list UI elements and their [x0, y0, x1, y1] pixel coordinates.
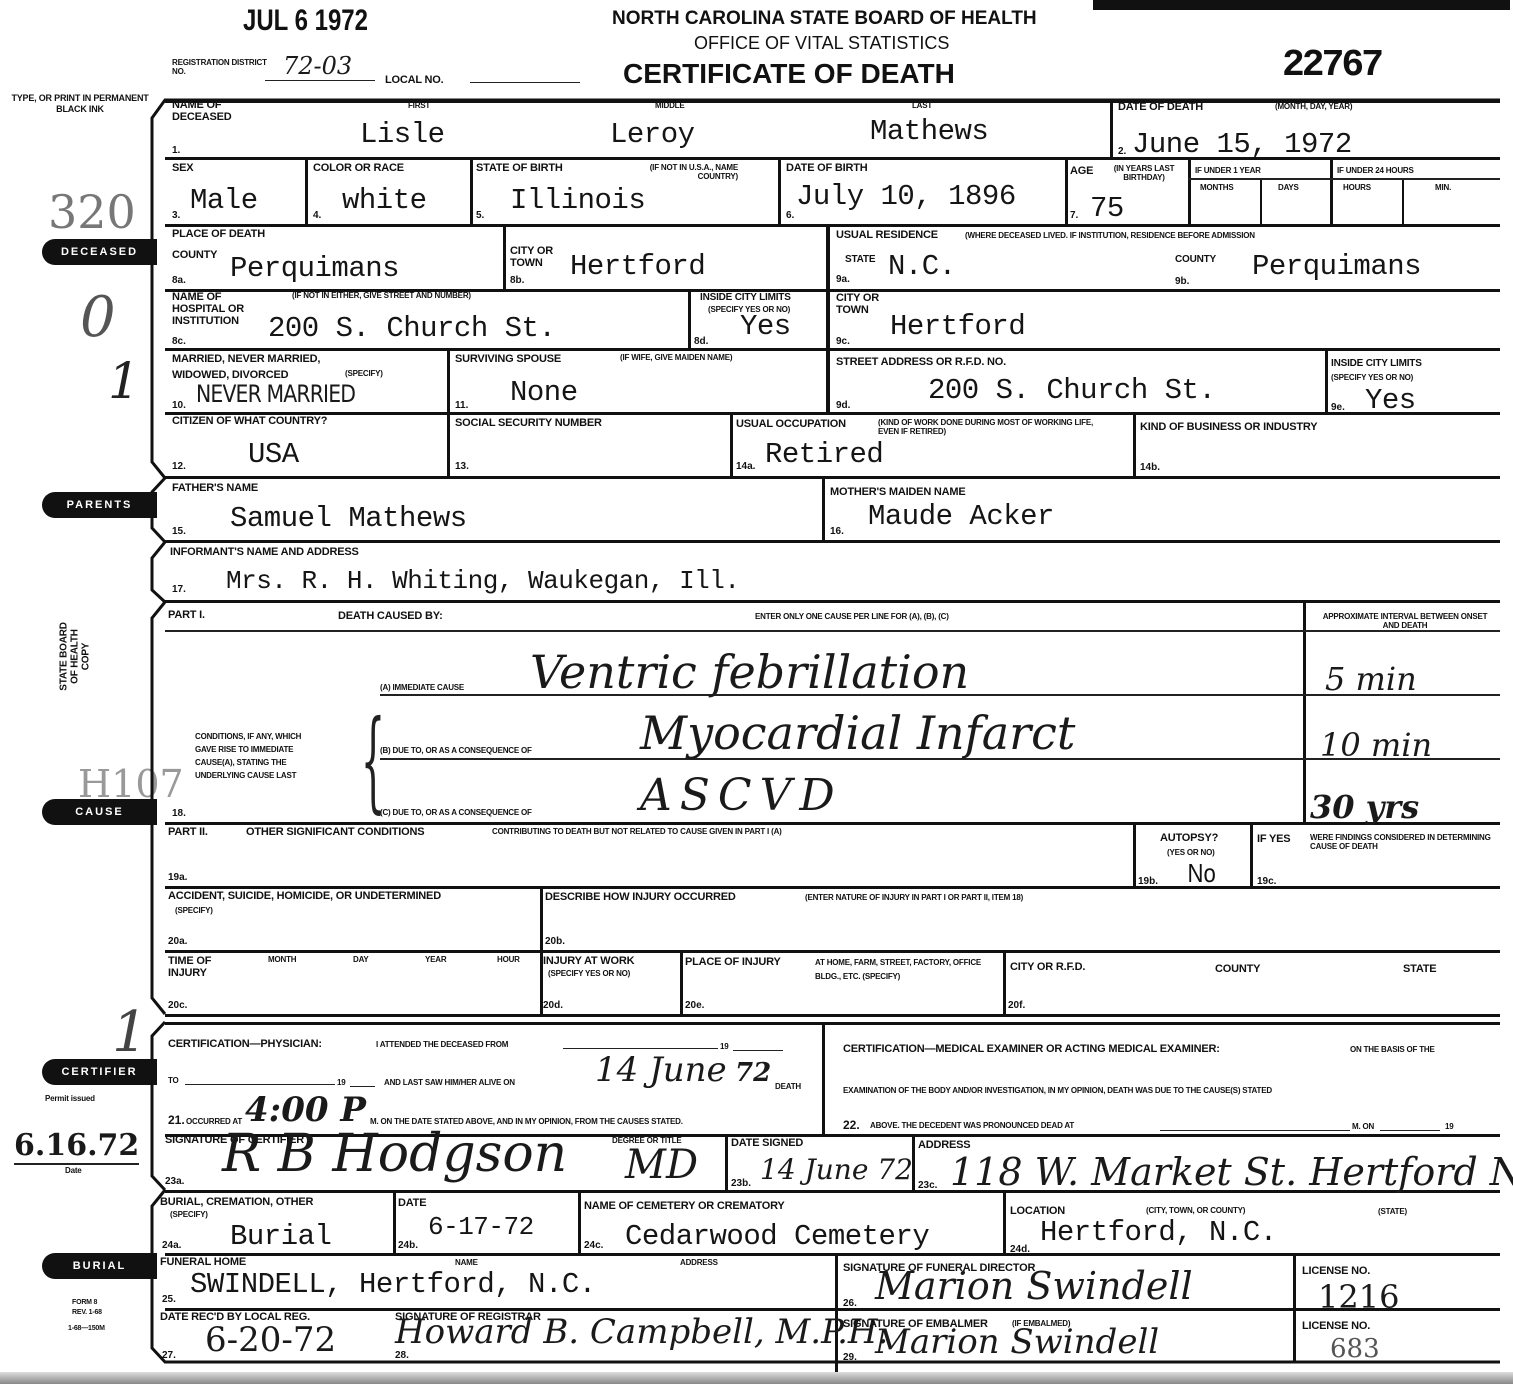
item-number: 25.: [162, 1294, 176, 1305]
cemetery-location-value[interactable]: Hertford, N.C.: [1040, 1216, 1277, 1249]
disposition-hint: (SPECIFY): [170, 1210, 208, 1219]
embalmer-license-label: LICENSE NO.: [1302, 1320, 1370, 1332]
last-name-caption: LAST: [912, 101, 932, 110]
cemetery-label: NAME OF CEMETERY OR CREMATORY: [584, 1200, 785, 1212]
injury-state-label: STATE: [1403, 963, 1436, 975]
to-text: TO: [168, 1076, 179, 1085]
burial-date-label: DATE: [398, 1197, 426, 1209]
race-value[interactable]: white: [342, 184, 427, 217]
father-name-label: FATHER'S NAME: [172, 482, 258, 494]
injury-description-label: DESCRIBE HOW INJURY OCCURRED: [545, 891, 736, 903]
last-name-value[interactable]: Mathews: [870, 115, 988, 148]
item-number: 9e.: [1331, 402, 1345, 413]
medical-examiner-text-3: ABOVE. THE DECEDENT WAS PRONOUNCED DEAD …: [870, 1121, 1074, 1130]
item-number: 20b.: [545, 936, 565, 947]
item-number: 20c.: [168, 1000, 187, 1011]
pronounced-dead-time-field[interactable]: [1160, 1130, 1350, 1131]
mother-name-label: MOTHER'S MAIDEN NAME: [830, 486, 966, 498]
first-name-caption: FIRST: [408, 101, 430, 110]
item-number: 20d.: [543, 1000, 563, 1011]
interval-label: APPROXIMATE INTERVAL BETWEEN ONSET AND D…: [1320, 612, 1490, 630]
cause-c-label: (c) DUE TO, OR AS A CONSEQUENCE OF: [380, 808, 532, 817]
m-on-text: M. ON: [1352, 1122, 1374, 1131]
director-license-value[interactable]: 1216: [1318, 1278, 1399, 1316]
hospital-hint: (IF NOT IN EITHER, GIVE STREET AND NUMBE…: [292, 291, 471, 300]
item-number: 21.: [168, 1113, 185, 1127]
part-2-label: PART II.: [168, 826, 208, 838]
conditions-label: CONDITIONS, IF ANY, WHICH GAVE RISE TO I…: [195, 730, 320, 782]
death-caused-by-label: DEATH CAUSED BY:: [338, 610, 443, 622]
injury-hour-label: HOUR: [497, 955, 520, 964]
item-number: 12.: [172, 461, 186, 472]
business-label: KIND OF BUSINESS OR INDUSTRY: [1140, 421, 1317, 433]
cemetery-state-hint: (STATE): [1378, 1207, 1407, 1216]
birth-state-value[interactable]: Illinois: [510, 184, 645, 217]
cause-c-interval[interactable]: 30 yrs: [1310, 788, 1419, 826]
injury-at-work-hint: (SPECIFY YES OR NO): [548, 969, 630, 978]
surviving-spouse-hint: (IF WIFE, GIVE MAIDEN NAME): [620, 353, 732, 362]
autopsy-hint: (YES OR NO): [1167, 848, 1215, 857]
item-number: 8a.: [172, 275, 186, 286]
date-of-death-hint: (MONTH, DAY, YEAR): [1275, 102, 1352, 111]
item-number: 10.: [172, 400, 186, 411]
item-number: 9a.: [836, 274, 850, 285]
burial-date-value[interactable]: 6-17-72: [428, 1212, 534, 1242]
item-number: 23a.: [165, 1176, 184, 1187]
cause-b-interval[interactable]: 10 min: [1320, 726, 1432, 764]
item-number: 17.: [172, 584, 186, 595]
cause-a-value[interactable]: Ventric febrillation: [530, 645, 969, 699]
date-of-death-value[interactable]: June 15, 1972: [1132, 128, 1352, 161]
surviving-spouse-value[interactable]: None: [510, 376, 578, 409]
cause-a-interval[interactable]: 5 min: [1325, 660, 1417, 698]
last-saw-alive-text: AND LAST SAW HIM/HER ALIVE ON: [384, 1078, 515, 1087]
sex-label: SEX: [172, 162, 193, 174]
death-text: DEATH: [775, 1082, 801, 1091]
item-number: 14a.: [736, 461, 755, 472]
autopsy-value[interactable]: No: [1187, 858, 1215, 889]
injury-city-label: CITY OR R.F.D.: [1010, 961, 1085, 973]
accident-label: ACCIDENT, SUICIDE, HOMICIDE, OR UNDETERM…: [168, 890, 441, 902]
middle-name-caption: MIDDLE: [655, 101, 684, 110]
item-number: 7.: [1070, 210, 1078, 221]
place-of-death-label: PLACE OF DEATH: [172, 228, 265, 240]
item-number: 9b.: [1175, 276, 1189, 287]
date-signed-label: DATE SIGNED: [731, 1137, 803, 1149]
year-prefix: 19: [1445, 1122, 1454, 1131]
cause-instruction: ENTER ONLY ONE CAUSE PER LINE FOR (a), (…: [755, 612, 949, 621]
age-hint: (IN YEARS LAST BIRTHDAY): [1102, 164, 1186, 182]
injury-month-label: MONTH: [268, 955, 296, 964]
funeral-home-value[interactable]: SWINDELL, Hertford, N.C.: [190, 1268, 596, 1301]
director-license-label: LICENSE NO.: [1302, 1265, 1370, 1277]
surviving-spouse-label: SURVIVING SPOUSE: [455, 353, 561, 365]
item-number: 20a.: [168, 936, 187, 947]
minutes-label: MIN.: [1435, 183, 1451, 192]
item-number: 8b.: [510, 275, 524, 286]
residence-inside-limits-hint: (SPECIFY YES OR NO): [1331, 373, 1413, 382]
item-number: 24b.: [398, 1240, 418, 1251]
item-number: 15.: [172, 526, 186, 537]
cause-b-label: (b) DUE TO, OR AS A CONSEQUENCE OF: [380, 746, 532, 755]
last-saw-alive-value[interactable]: 14 June: [595, 1050, 727, 1090]
marital-status-hint: (SPECIFY): [345, 369, 383, 378]
medical-examiner-text-1: ON THE BASIS OF THE: [1350, 1045, 1435, 1054]
embalmer-signature[interactable]: Marion Swindell: [875, 1322, 1159, 1362]
item-number: 24c.: [584, 1240, 603, 1251]
item-number: 20e.: [685, 1000, 704, 1011]
pronounced-dead-date-field[interactable]: [1380, 1130, 1440, 1131]
time-of-injury-label: TIME OF INJURY: [168, 955, 238, 979]
marital-status-label: MARRIED, NEVER MARRIED, WIDOWED, DIVORCE…: [172, 351, 362, 383]
days-label: DAYS: [1278, 183, 1299, 192]
accident-hint: (SPECIFY): [175, 906, 213, 915]
funeral-director-signature[interactable]: Marion Swindell: [875, 1264, 1193, 1308]
item-number: 19b.: [1138, 876, 1158, 887]
physician-certification-label: CERTIFICATION—PHYSICIAN:: [168, 1038, 322, 1050]
citizen-value[interactable]: USA: [248, 438, 299, 471]
ssn-label: SOCIAL SECURITY NUMBER: [455, 417, 602, 429]
age-value[interactable]: 75: [1090, 192, 1124, 225]
item-number: 19c.: [1257, 876, 1276, 887]
under-24-hours-label: IF UNDER 24 HOURS: [1337, 166, 1414, 175]
date-of-death-label: DATE OF DEATH: [1118, 101, 1203, 113]
autopsy-label: AUTOPSY?: [1160, 832, 1218, 844]
item-number: 18.: [172, 808, 186, 819]
item-number: 13.: [455, 461, 469, 472]
item-number: 14b.: [1140, 462, 1160, 473]
name-label: NAME OF DECEASED: [172, 99, 252, 123]
other-conditions-hint: CONTRIBUTING TO DEATH BUT NOT RELATED TO…: [492, 827, 782, 836]
disposition-value[interactable]: Burial: [230, 1220, 331, 1253]
item-number: 2.: [1118, 146, 1126, 157]
marital-status-value[interactable]: NEVER MARRIED: [196, 380, 355, 408]
residence-county-label: COUNTY: [1175, 255, 1216, 264]
item-number: 20f.: [1008, 1000, 1025, 1011]
occupation-hint: (KIND OF WORK DONE DURING MOST OF WORKIN…: [736, 418, 1096, 436]
residence-inside-limits-label: INSIDE CITY LIMITS: [1331, 358, 1422, 370]
dob-label: DATE OF BIRTH: [786, 162, 868, 174]
residence-street-value[interactable]: 200 S. Church St.: [928, 374, 1215, 407]
item-number: 9d.: [836, 400, 850, 411]
registrar-signature[interactable]: Howard B. Campbell, M.P.H.: [395, 1312, 888, 1352]
citizen-label: CITIZEN OF WHAT COUNTRY?: [172, 415, 327, 427]
date-received-value[interactable]: 6-20-72: [205, 1320, 336, 1360]
county-label: COUNTY: [172, 249, 217, 261]
item-number: 22.: [843, 1118, 860, 1132]
injury-description-hint: (ENTER NATURE OF INJURY IN PART I OR PAR…: [805, 893, 1023, 902]
residence-inside-limits-value[interactable]: Yes: [1365, 384, 1416, 417]
race-label: COLOR OR RACE: [313, 162, 404, 174]
occupation-value[interactable]: Retired: [765, 438, 883, 471]
age-label: AGE: [1070, 165, 1093, 177]
attended-from-text: I ATTENDED THE DECEASED FROM: [376, 1040, 508, 1049]
year-prefix: 19: [337, 1078, 346, 1087]
cemetery-value[interactable]: Cedarwood Cemetery: [625, 1220, 929, 1253]
item-number: 26.: [843, 1298, 857, 1309]
residence-state-label: STATE: [845, 255, 875, 264]
injury-at-work-label: INJURY AT WORK: [543, 955, 634, 967]
residence-city-label: CITY OR TOWN: [836, 292, 886, 316]
inside-limits-label: INSIDE CITY LIMITS: [700, 292, 791, 304]
hours-label: HOURS: [1343, 183, 1371, 192]
residence-street-label: STREET ADDRESS OR R.F.D. No.: [836, 356, 1006, 368]
part-1-label: PART I.: [168, 609, 205, 621]
father-name-value[interactable]: Samuel Mathews: [230, 502, 467, 535]
residence-label: USUAL RESIDENCE: [836, 229, 938, 241]
cemetery-location-hint: (CITY, TOWN, OR COUNTY): [1146, 1206, 1245, 1215]
item-number: 23b.: [731, 1178, 751, 1189]
bracket-icon: {: [361, 705, 386, 815]
residence-state-value[interactable]: N.C.: [888, 250, 956, 283]
dob-value[interactable]: July 10, 1896: [796, 180, 1016, 213]
mother-name-value[interactable]: Maude Acker: [868, 500, 1054, 533]
certifier-signature[interactable]: R B Hodgson: [222, 1124, 567, 1184]
item-number: 24d.: [1010, 1244, 1030, 1255]
cause-c-value[interactable]: ASCVD: [640, 770, 843, 821]
hospital-value[interactable]: 200 S. Church St.: [268, 312, 555, 345]
item-number: 11.: [455, 400, 468, 411]
item-number: 16.: [830, 526, 844, 537]
last-saw-alive-year[interactable]: 72: [735, 1058, 771, 1088]
birth-state-hint: (IF NOT IN U.S.A., NAME COUNTRY): [608, 163, 738, 181]
months-label: MONTHS: [1200, 183, 1233, 192]
injury-year-label: YEAR: [425, 955, 446, 964]
item-number: 23c.: [918, 1180, 937, 1191]
residence-county-value[interactable]: Perquimans: [1252, 250, 1421, 283]
death-city-value[interactable]: Hertford: [570, 250, 705, 283]
disposition-label: BURIAL, CREMATION, OTHER: [160, 1196, 313, 1208]
place-of-injury-label: PLACE OF INJURY: [685, 956, 781, 968]
embalmer-license-value[interactable]: 683: [1330, 1334, 1380, 1364]
degree-value[interactable]: MD: [625, 1142, 698, 1188]
certifier-address-value[interactable]: 118 W. Market St. Hertford N.C.: [950, 1150, 1513, 1194]
medical-examiner-label: CERTIFICATION—MEDICAL EXAMINER OR ACTING…: [843, 1043, 1220, 1055]
death-county-value[interactable]: Perquimans: [230, 252, 399, 285]
cause-a-label: (a) IMMEDIATE CAUSE: [380, 683, 464, 692]
informant-value[interactable]: Mrs. R. H. Whiting, Waukegan, Ill.: [226, 566, 740, 596]
place-of-injury-hint: AT HOME, FARM, STREET, FACTORY, OFFICE B…: [815, 956, 1005, 984]
other-conditions-label: OTHER SIGNIFICANT CONDITIONS: [246, 826, 424, 838]
funeral-home-address-caption: ADDRESS: [680, 1258, 718, 1267]
findings-label: WERE FINDINGS CONSIDERED IN DETERMINING …: [1310, 833, 1495, 851]
item-number: 4.: [313, 210, 321, 221]
date-signed-value[interactable]: 14 June 72: [760, 1153, 913, 1186]
item-number: 8d.: [694, 336, 708, 347]
item-number: 6.: [786, 210, 794, 221]
residence-hint: (WHERE DECEASED LIVED. IF INSTITUTION, R…: [965, 231, 1255, 240]
cause-b-value[interactable]: Myocardial Infarct: [640, 706, 1075, 760]
under-1-year-label: IF UNDER 1 YEAR: [1195, 166, 1261, 175]
item-number: 8c.: [172, 336, 186, 347]
item-number: 27.: [162, 1350, 176, 1361]
death-city-label: CITY OR TOWN: [510, 245, 560, 269]
medical-examiner-text-2: EXAMINATION OF THE BODY AND/OR INVESTIGA…: [843, 1086, 1272, 1095]
first-name-value[interactable]: Lisle: [360, 118, 445, 151]
middle-name-value[interactable]: Leroy: [610, 118, 695, 151]
birth-state-label: STATE OF BIRTH: [476, 162, 563, 174]
item-number: 1.: [172, 145, 180, 156]
item-number: 3.: [172, 210, 180, 221]
item-number: 24a.: [162, 1240, 181, 1251]
inside-limits-value[interactable]: Yes: [740, 310, 791, 343]
attended-from-field[interactable]: [563, 1048, 718, 1049]
informant-label: INFORMANT'S NAME AND ADDRESS: [170, 546, 359, 558]
item-number: 5.: [476, 210, 484, 221]
injury-day-label: DAY: [353, 955, 369, 964]
residence-city-value[interactable]: Hertford: [890, 310, 1025, 343]
if-yes-label: IF YES: [1257, 833, 1290, 845]
attended-to-field[interactable]: [185, 1084, 335, 1085]
injury-county-label: COUNTY: [1215, 963, 1260, 975]
funeral-home-name-caption: NAME: [455, 1258, 478, 1267]
sex-value[interactable]: Male: [190, 184, 258, 217]
hospital-label: NAME OF HOSPITAL OR INSTITUTION: [172, 291, 262, 327]
item-number: 29.: [843, 1352, 857, 1363]
item-number: 19a.: [168, 872, 187, 883]
item-number: 9c.: [836, 336, 850, 347]
funeral-home-label: FUNERAL HOME: [160, 1256, 246, 1268]
scan-bottom-edge: [0, 1372, 1513, 1384]
